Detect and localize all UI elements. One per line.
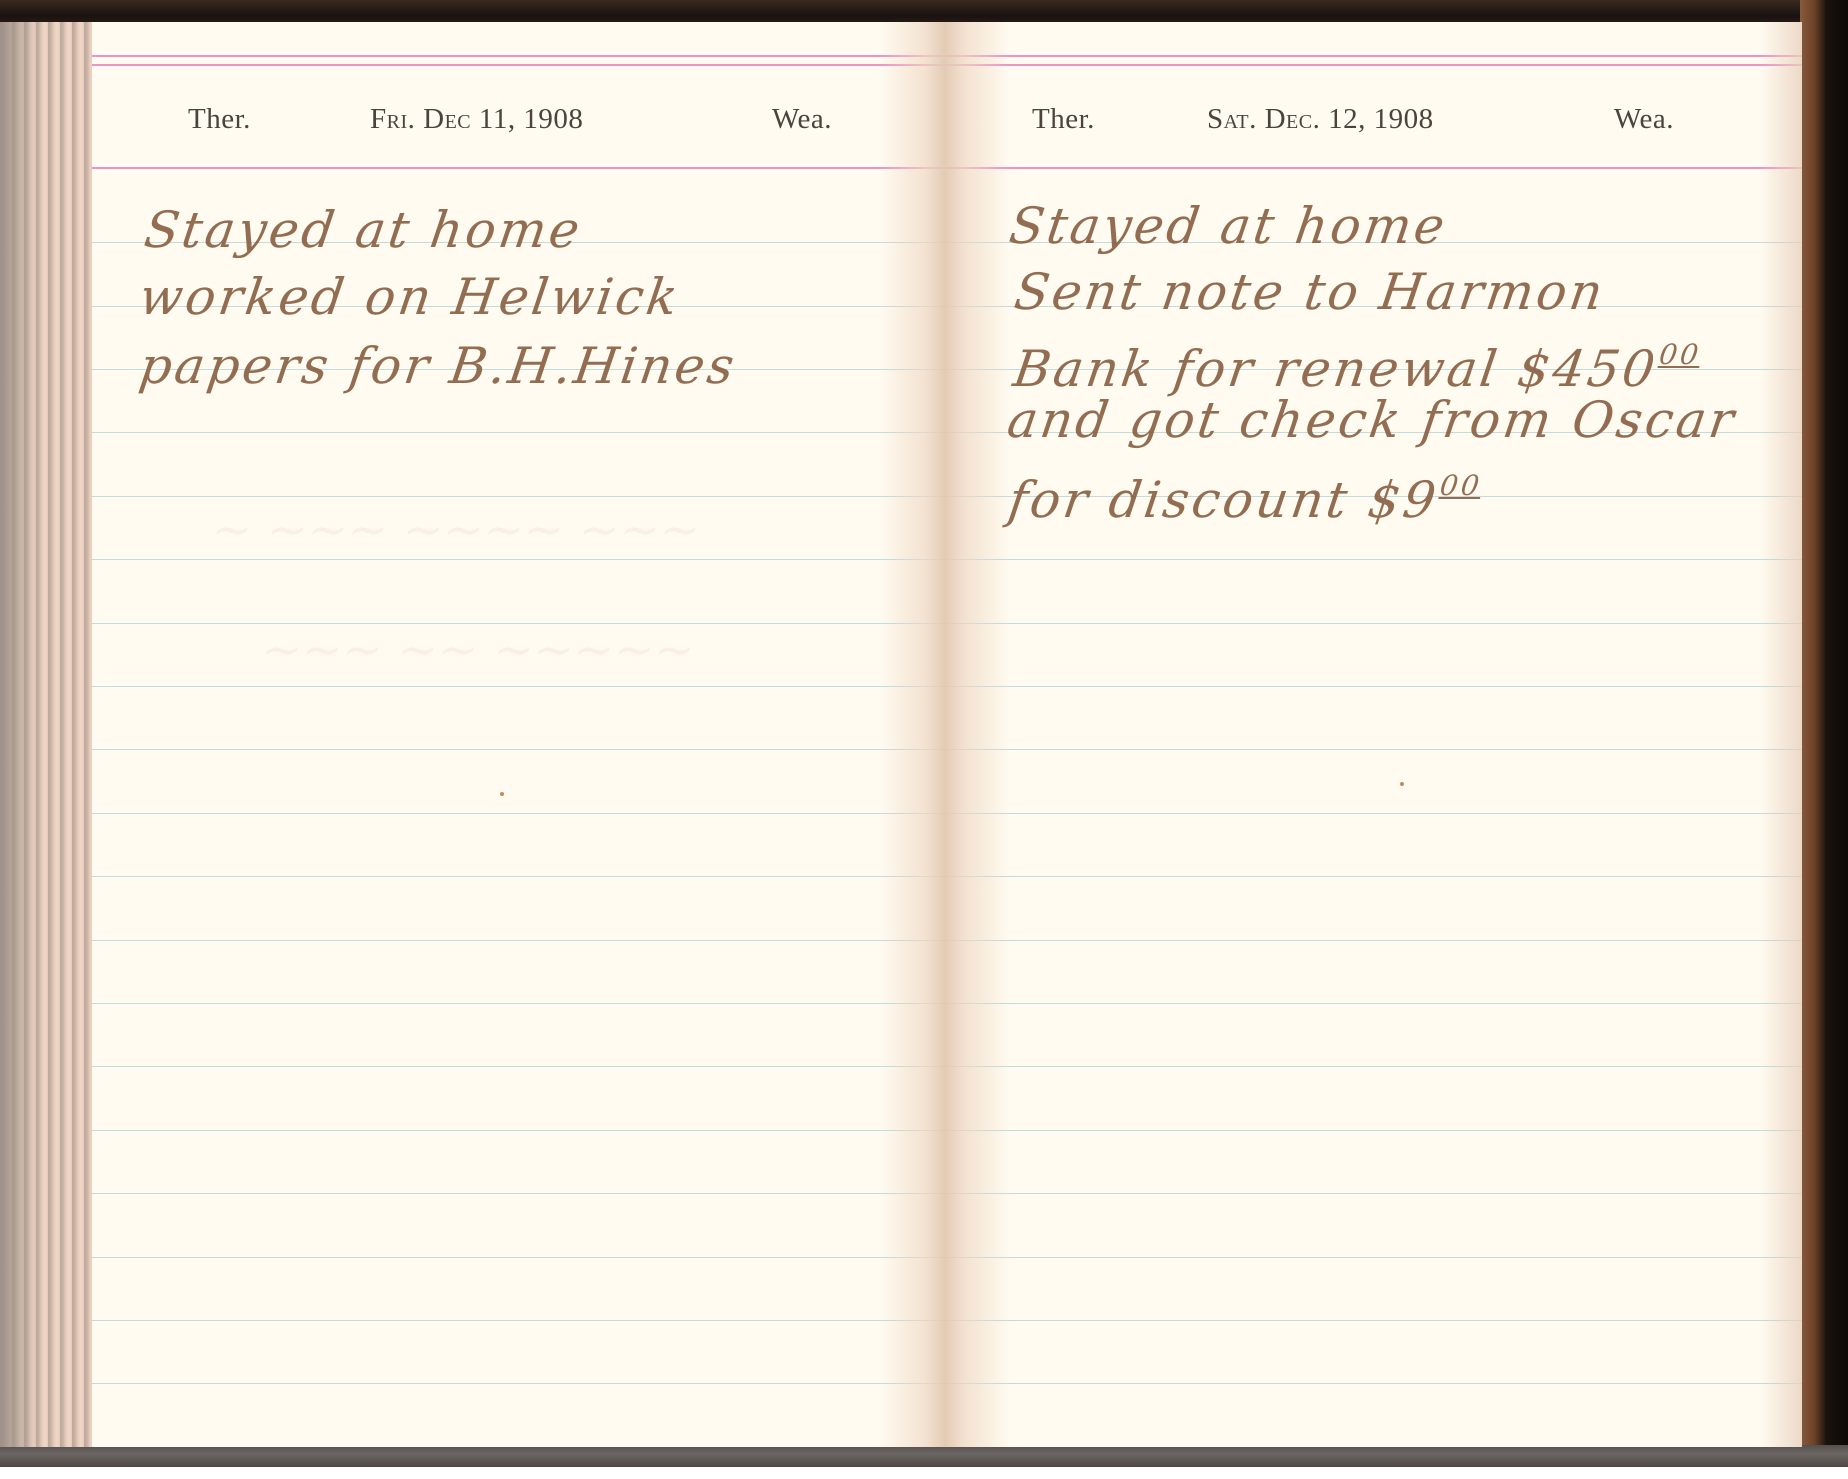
ruled-line xyxy=(92,1320,940,1321)
pink-rule-top-2 xyxy=(940,64,1802,66)
left-entry-line-1: Stayed at home xyxy=(141,198,587,262)
right-date-header: Sat. Dec. 12, 1908 xyxy=(1207,103,1434,136)
ruled-line xyxy=(940,876,1802,877)
ruled-line xyxy=(940,686,1802,687)
ruled-line xyxy=(92,940,940,941)
ruled-line xyxy=(92,432,940,433)
ruled-line xyxy=(92,1383,940,1384)
right-ther-label: Ther. xyxy=(1032,103,1095,136)
ruled-line xyxy=(92,813,940,814)
ruled-line xyxy=(940,1130,1802,1131)
pink-rule-top-2 xyxy=(92,64,940,66)
ruled-line xyxy=(92,1066,940,1067)
renewal-cents: 00 xyxy=(1657,338,1703,371)
ruled-line xyxy=(940,1066,1802,1067)
book-cover-right-edge xyxy=(1800,0,1848,1467)
diary-spread: ~ ~~~ ~~~~ ~~~ ~~~ ~~ ~~~~~ Ther. Fri. xyxy=(0,0,1848,1479)
ruled-line xyxy=(92,496,940,497)
right-entry-line-5: for discount $900 xyxy=(1005,454,1487,532)
ruled-line xyxy=(92,876,940,877)
ruled-line xyxy=(940,623,1802,624)
bleed-through-text: ~~~ ~~ ~~~~~ xyxy=(258,622,699,678)
right-entry-line-5-text: for discount $9 xyxy=(1005,471,1442,529)
right-date: Dec. 12, 1908 xyxy=(1265,103,1434,135)
right-entry-line-2: Sent note to Harmon xyxy=(1011,260,1610,324)
ruled-line xyxy=(940,1383,1802,1384)
ruled-line xyxy=(92,749,940,750)
left-entry-line-3: papers for B.H.Hines xyxy=(136,334,741,398)
right-wea-label: Wea. xyxy=(1614,103,1674,136)
ruled-line xyxy=(92,1130,940,1131)
left-entry-line-2: worked on Helwick xyxy=(136,265,685,329)
left-day: Fri. xyxy=(370,103,415,135)
page-stack-shadow xyxy=(0,22,40,1447)
ruled-line xyxy=(92,686,940,687)
ruled-line xyxy=(940,813,1802,814)
bleed-through-text: ~ ~~~ ~~~~ ~~~ xyxy=(208,502,704,558)
ruled-line xyxy=(92,1257,940,1258)
pink-rule-header-bottom xyxy=(940,167,1802,169)
left-wea-label: Wea. xyxy=(772,103,832,136)
pink-rule-top-1 xyxy=(940,55,1802,57)
ruled-line xyxy=(940,1257,1802,1258)
left-date-header: Fri. Dec 11, 1908 xyxy=(370,103,583,136)
ink-speck xyxy=(500,792,504,796)
ruled-line xyxy=(92,559,940,560)
right-entry-line-1: Stayed at home xyxy=(1006,194,1452,258)
ruled-line xyxy=(92,1193,940,1194)
left-date: Dec 11, 1908 xyxy=(423,103,583,135)
right-day: Sat. xyxy=(1207,103,1257,135)
ruled-line xyxy=(940,749,1802,750)
right-entry-line-4: and got check from Oscar xyxy=(1004,388,1741,452)
ruled-line xyxy=(940,940,1802,941)
ruled-line xyxy=(940,559,1802,560)
book-cover-bottom-edge xyxy=(0,1445,1848,1467)
ruled-line xyxy=(940,1320,1802,1321)
pink-rule-header-bottom xyxy=(92,167,940,169)
discount-cents: 00 xyxy=(1438,469,1484,502)
pink-rule-top-1 xyxy=(92,55,940,57)
ink-speck xyxy=(1400,782,1404,786)
ruled-line xyxy=(940,1193,1802,1194)
ruled-line xyxy=(940,1003,1802,1004)
ruled-line xyxy=(92,1003,940,1004)
left-ther-label: Ther. xyxy=(188,103,251,136)
